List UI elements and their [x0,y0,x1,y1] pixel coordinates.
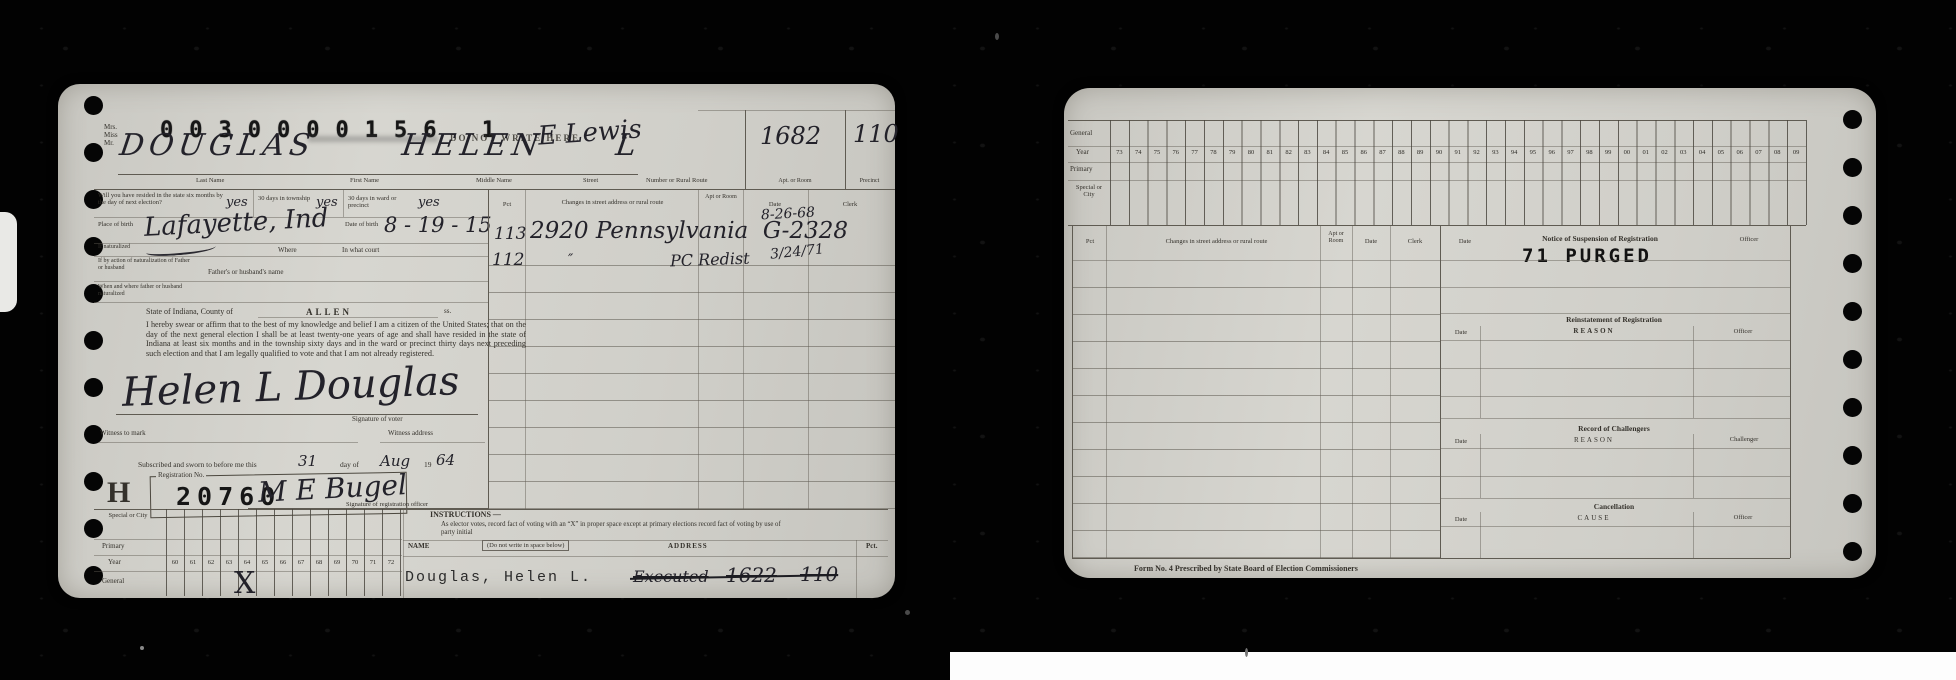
rule-line [118,174,638,175]
rule-line [94,281,488,282]
grid-row-special-city: Special or City [98,512,158,519]
label-witness-to-mark: Witness to mark [100,430,146,438]
rule-line [845,110,846,189]
challengers-date: Date [1444,438,1478,445]
instructions-title: INSTRUCTIONS — [430,511,501,520]
address-change-row1: 2920 Pennsylvania G-2328 [530,218,848,244]
voter-signature: Helen L Douglas [121,358,460,416]
header-changes: Changes in street address or rural route [1124,238,1309,245]
grid-columns [166,509,402,596]
film-speck [905,610,910,615]
rule-line [403,540,888,541]
rule-line [1072,558,1790,559]
grid-row-year: Year [1076,149,1089,157]
rule-line [1480,434,1481,498]
purged-stamp: 71 PURGED [1522,245,1652,267]
film-artifact-strip [950,652,1956,680]
label-if-naturalized: If naturalized [98,244,138,251]
voter-registration-card-back: General Year Primary Special or City 737… [1064,88,1876,578]
rule-line [698,110,895,111]
rule-line [1693,512,1694,558]
label-place-of-birth: Place of birth [98,221,140,228]
oath-county: ALLEN [306,307,352,317]
rule-line [1440,396,1790,397]
label-witness-address: Witness address [388,430,433,438]
label-first-name: First Name [350,177,379,184]
rule-line [94,555,402,556]
answer-ward: yes [418,195,440,210]
typed-voter-name: Douglas, Helen L. [405,569,592,586]
rule-line [94,302,488,303]
sworn-line: Subscribed and sworn to before me this [138,461,257,469]
label-when-where-naturalized: When and where father or husband natural… [98,284,208,297]
cancellation-title: Cancellation [1534,503,1694,511]
film-speck [995,33,999,40]
rule-line [1480,512,1481,558]
rule-line [1440,340,1790,341]
header-clerk: Clerk [1392,238,1438,245]
voter-registration-card-front: 0030000156 1 DO NOT WRITE HERE Mrs. Miss… [58,84,895,598]
grid-row-year: Year [108,559,121,567]
reinstatement-reason: REASON [1534,328,1654,336]
label-number-route: Number or Rural Route [646,177,708,184]
rule-line [1693,434,1694,498]
label-date-of-birth: Date of birth [345,221,385,228]
grid-row-general: General [102,578,124,586]
reinstatement-title: Reinstatement of Registration [1494,316,1734,324]
rule-line [403,556,888,557]
label-registration-no: Registration No. [156,472,206,480]
rule-line [94,539,402,540]
rule-line [1068,225,1806,226]
sworn-century: 19 [424,461,432,469]
rule-line [1440,287,1790,288]
grid-columns [1110,120,1807,225]
header-name: NAME [408,543,429,551]
label-signature-of-voter: Signature of voter [352,416,403,424]
party-letter-stamp: H [107,476,130,510]
grid-row-primary: Primary [1070,166,1093,174]
grid-row-primary: Primary [102,543,125,551]
suspension-title: Notice of Suspension of Registration [1494,235,1706,243]
grid-row-general: General [1070,130,1092,138]
rule-line [1440,313,1790,314]
rule-line [98,442,358,443]
film-speck [140,646,144,650]
sworn-day-of: day of [340,461,359,469]
year-cells: 7374757677787980818283848586878889909192… [1110,149,1805,156]
instructions-body: As elector votes, record fact of voting … [441,521,791,537]
rule-line [1440,225,1441,558]
sworn-day: 31 [298,452,317,470]
rule-line [1440,498,1790,499]
label-middle-name: Middle Name [476,177,512,184]
rule-line [94,189,895,190]
ruled-lines [1072,287,1440,558]
rule-line [856,540,857,598]
rule-line [94,256,488,257]
cancellation-date: Date [1444,516,1478,523]
header-pct: Pct [490,201,524,208]
apt-room-value: 1682 [760,122,821,150]
label-father-name: Father's or husband's name [208,269,283,277]
microfilm-scan: 0030000156 1 DO NOT WRITE HERE Mrs. Miss… [0,0,1956,680]
header-changes: Changes in street address or rural route [530,199,695,206]
challengers-title: Record of Challengers [1504,425,1724,433]
grid-row-special-city: Special or City [1070,184,1108,199]
question-township: 30 days in township [258,195,314,202]
rule-line [1790,225,1791,558]
header-pct: Pct [1074,238,1106,245]
rule-line [380,442,485,443]
film-artifact-blob [0,212,17,312]
ditto-mark: ″ [568,252,573,268]
rule-line [343,189,344,217]
question-state-residency: Will you have resided in the state six m… [98,192,224,207]
reinstatement-officer: Officer [1710,328,1776,335]
header-pct-bottom: Pct. [866,543,877,551]
label-precinct: Precinct [847,178,892,185]
challengers-reason: REASON [1544,437,1644,445]
year-cells: 60616263646566676869707172 [166,559,400,566]
oath-text: I hereby swear or affirm that to the bes… [146,320,526,358]
rule-line [1440,526,1790,527]
sworn-year: 64 [436,451,455,469]
header-apt-room: Apt or Room [1322,231,1350,244]
rule-line [1440,368,1790,369]
label-street: Street [583,177,598,184]
pct-value-row2: 112 [492,250,524,270]
rule-line [258,317,438,318]
redistrict-note: PC Redist [670,249,750,271]
label-apt-room: Apt. or Room [750,178,840,185]
name-prefix-labels: Mrs. Miss Mr. [104,124,118,147]
punch-holes-right [1843,110,1862,561]
film-speck [1245,648,1248,657]
label-last-name: Last Name [196,177,224,184]
cancellation-cause: CAUSE [1544,515,1644,523]
rule-line [1440,418,1790,419]
label-signature-of-registration-officer: Signature of registration officer [346,501,428,508]
reinstatement-date: Date [1444,329,1478,336]
rule-line [1440,448,1790,449]
rule-line [116,414,478,415]
pct-value-row1: 113 [494,224,526,244]
header-apt-room: Apt or Room [701,194,741,201]
header-suspension-officer: Officer [1716,236,1782,243]
do-not-write-note: (Do not write in space below) [482,540,569,551]
rule-line [1440,476,1790,477]
question-ward: 30 days in ward or precinct [348,195,414,210]
header-suspension-date: Date [1442,238,1488,245]
rule-line [745,110,746,189]
rule-line [94,243,488,244]
header-date: Date [1354,238,1388,245]
cancellation-officer: Officer [1710,514,1776,521]
oath-ss: ss. [444,308,451,316]
label-father-naturalization: If by action of naturalization of Father… [98,258,190,271]
label-where: Where [278,247,297,255]
oath-state-line: State of Indiana, County of [146,308,233,317]
rule-line [403,509,404,598]
challengers-challenger: Challenger [1704,436,1784,443]
general-vote-x-mark: X [234,566,255,601]
rule-line [1072,260,1790,261]
form-footer: Form No. 4 Prescribed by State Board of … [1134,565,1358,574]
header-clerk: Clerk [810,201,890,208]
label-in-what-court: In what court [342,247,379,255]
header-address: ADDRESS [668,543,708,551]
place-of-birth-value: Lafayette, Ind [143,203,329,243]
ruled-lines [488,247,895,509]
precinct-value: 110 [853,120,899,148]
date-of-birth-value: 8 - 19 - 15 [384,213,492,237]
